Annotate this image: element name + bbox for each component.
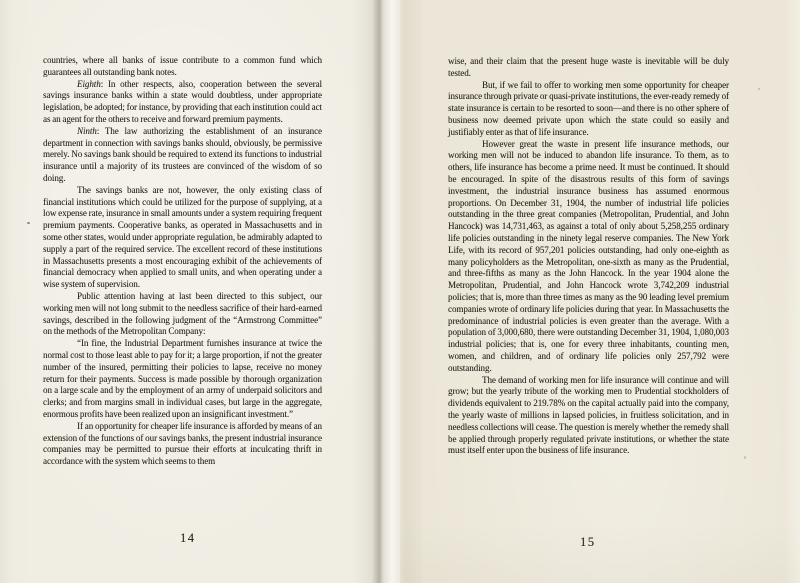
left-page-number: 14 <box>180 531 196 546</box>
paragraph: “In fine, the Industrial Department furn… <box>43 338 322 421</box>
paragraph-text: Public attention having at last been dir… <box>43 291 322 336</box>
paragraph-text: wise, and their claim that the present h… <box>448 56 729 78</box>
paragraph-text: The savings banks are not, however, the … <box>43 185 322 289</box>
paragraph-text: countries, where all banks of issue cont… <box>43 55 322 77</box>
paragraph: The savings banks are not, however, the … <box>43 185 322 291</box>
paragraph: Eighth: In other respects, also, coopera… <box>43 79 322 126</box>
paragraph: However great the waste in present life … <box>448 139 729 375</box>
paragraph: countries, where all banks of issue cont… <box>43 55 322 79</box>
paragraph: But, if we fail to offer to working men … <box>448 80 729 139</box>
scan-speck <box>744 456 746 459</box>
right-page-text: wise, and their claim that the present h… <box>448 56 729 457</box>
paragraph-text: If an opportunity for cheaper life insur… <box>43 421 322 466</box>
paragraph-text: “In fine, the Industrial Department furn… <box>43 338 322 419</box>
ordinal-label: Eighth <box>77 79 101 89</box>
ordinal-label: Ninth <box>77 126 97 136</box>
paragraph: Public attention having at last been dir… <box>43 291 322 338</box>
paragraph: If an opportunity for cheaper life insur… <box>43 421 322 468</box>
paragraph: wise, and their claim that the present h… <box>448 56 729 80</box>
paragraph: The demand of working men for life insur… <box>448 375 729 458</box>
paragraph-text: However great the waste in present life … <box>448 139 729 373</box>
paragraph-text: The demand of working men for life insur… <box>448 375 729 456</box>
book-spread: countries, where all banks of issue cont… <box>0 0 800 583</box>
scan-speck <box>27 222 30 224</box>
paragraph: Ninth: The law authorizing the establish… <box>43 126 322 185</box>
left-page-text: countries, where all banks of issue cont… <box>43 55 322 468</box>
scan-speck <box>758 88 760 90</box>
right-page-number: 15 <box>580 535 596 550</box>
paragraph-text: But, if we fail to offer to working men … <box>448 80 729 137</box>
